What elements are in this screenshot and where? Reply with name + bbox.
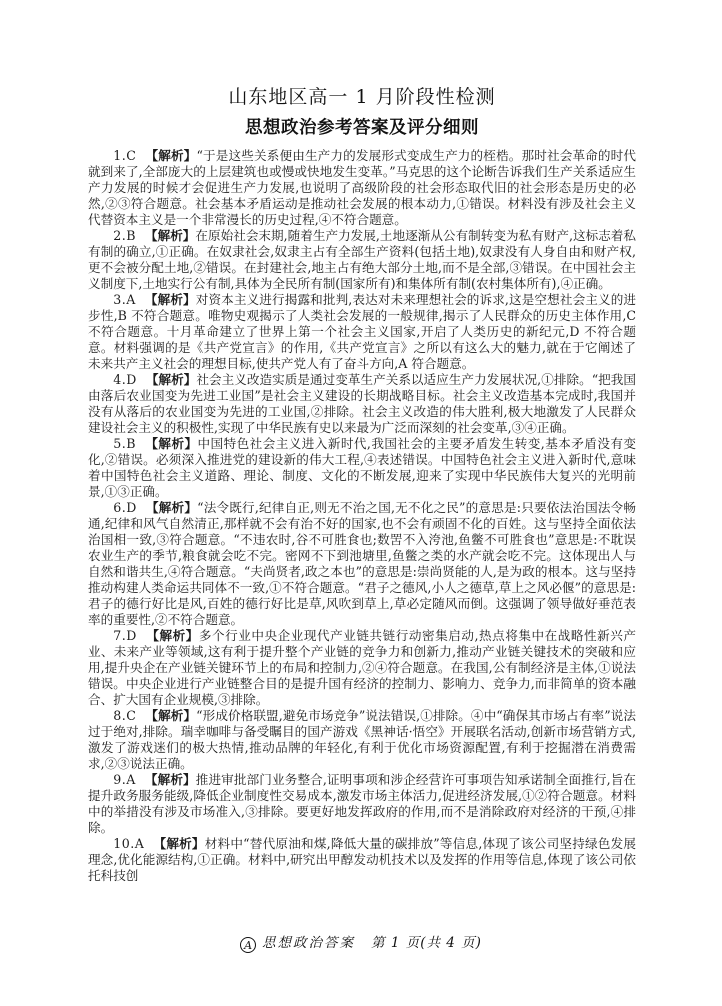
analysis-label: 【解析】: [146, 500, 197, 515]
circled-a-badge: A: [240, 937, 256, 953]
answer-number: 4.D: [113, 372, 137, 387]
footer-page-indicator: 第 1 页(共 4 页): [371, 935, 482, 951]
analysis-label: 【解析】: [145, 228, 195, 243]
answer-number: 1.C: [113, 148, 136, 163]
answer-number: 2.B: [113, 228, 136, 243]
answer-item-5: 5.B【解析】中国特色社会主义进入新时代,我国社会的主要矛盾发生转变,基本矛盾没…: [88, 436, 636, 500]
answer-item-10: 10.A【解析】材料中“替代原油和煤,降低大量的碳排放”等信息,体现了该公司坚持…: [88, 836, 636, 884]
document-page: 山东地区高一 1 月阶段性检测 思想政治参考答案及评分细则 1.C【解析】“于是…: [0, 0, 722, 1006]
answer-item-3: 3.A【解析】对资本主义进行揭露和批判,表达对未来理想社会的诉求,这是空想社会主…: [88, 292, 636, 372]
analysis-label: 【解析】: [153, 836, 204, 851]
document-subtitle: 思想政治参考答案及评分细则: [88, 114, 636, 139]
analysis-label: 【解析】: [145, 292, 196, 307]
answer-number: 3.A: [113, 292, 136, 307]
answer-number: 10.A: [113, 836, 144, 851]
answer-item-7: 7.D【解析】多个行业中央企业现代产业链共链行动密集启动,热点将集中在战略性新兴…: [88, 628, 636, 708]
answer-number: 9.A: [113, 772, 136, 787]
answer-list: 1.C【解析】“于是这些关系便由生产力的发展形式变成生产力的桎梏。那时社会革命的…: [88, 148, 636, 884]
analysis-label: 【解析】: [146, 628, 199, 643]
answer-item-6: 6.D【解析】“法令既行,纪律自正,则无不治之国,无不化之民”的意思是:只要依法…: [88, 500, 636, 628]
answer-item-1: 1.C【解析】“于是这些关系便由生产力的发展形式变成生产力的桎梏。那时社会革命的…: [88, 148, 636, 228]
answer-item-4: 4.D【解析】社会主义改造实质是通过变革生产关系以适应生产力发展状况,①排除。“…: [88, 372, 636, 436]
answer-number: 7.D: [113, 628, 137, 643]
answer-number: 8.C: [113, 708, 136, 723]
document-title: 山东地区高一 1 月阶段性检测: [88, 82, 636, 109]
answer-item-9: 9.A【解析】推进审批部门业务整合,证明事项和涉企经营许可事项告知承诺制全面推行…: [88, 772, 636, 836]
answer-item-2: 2.B【解析】在原始社会末期,随着生产力发展,土地逐渐从公有制转变为私有财产,这…: [88, 228, 636, 292]
document-content: 山东地区高一 1 月阶段性检测 思想政治参考答案及评分细则 1.C【解析】“于是…: [88, 82, 636, 884]
analysis-label: 【解析】: [145, 708, 196, 723]
footer-doc-name: 思想政治答案: [262, 935, 355, 951]
analysis-text: “法令既行,纪律自正,则无不治之国,无不化之民”的意思是:只要依法治国法令畅通,…: [88, 500, 636, 627]
analysis-label: 【解析】: [145, 772, 196, 787]
answer-number: 5.B: [113, 436, 136, 451]
analysis-label: 【解析】: [146, 372, 197, 387]
answer-item-8: 8.C【解析】“形成价格联盟,避免市场竞争”说法错误,①排除。④中“确保其市场占…: [88, 708, 636, 772]
analysis-label: 【解析】: [145, 148, 196, 163]
answer-number: 6.D: [113, 500, 137, 515]
page-footer: A思想政治答案第 1 页(共 4 页): [0, 931, 722, 953]
analysis-label: 【解析】: [145, 436, 198, 451]
